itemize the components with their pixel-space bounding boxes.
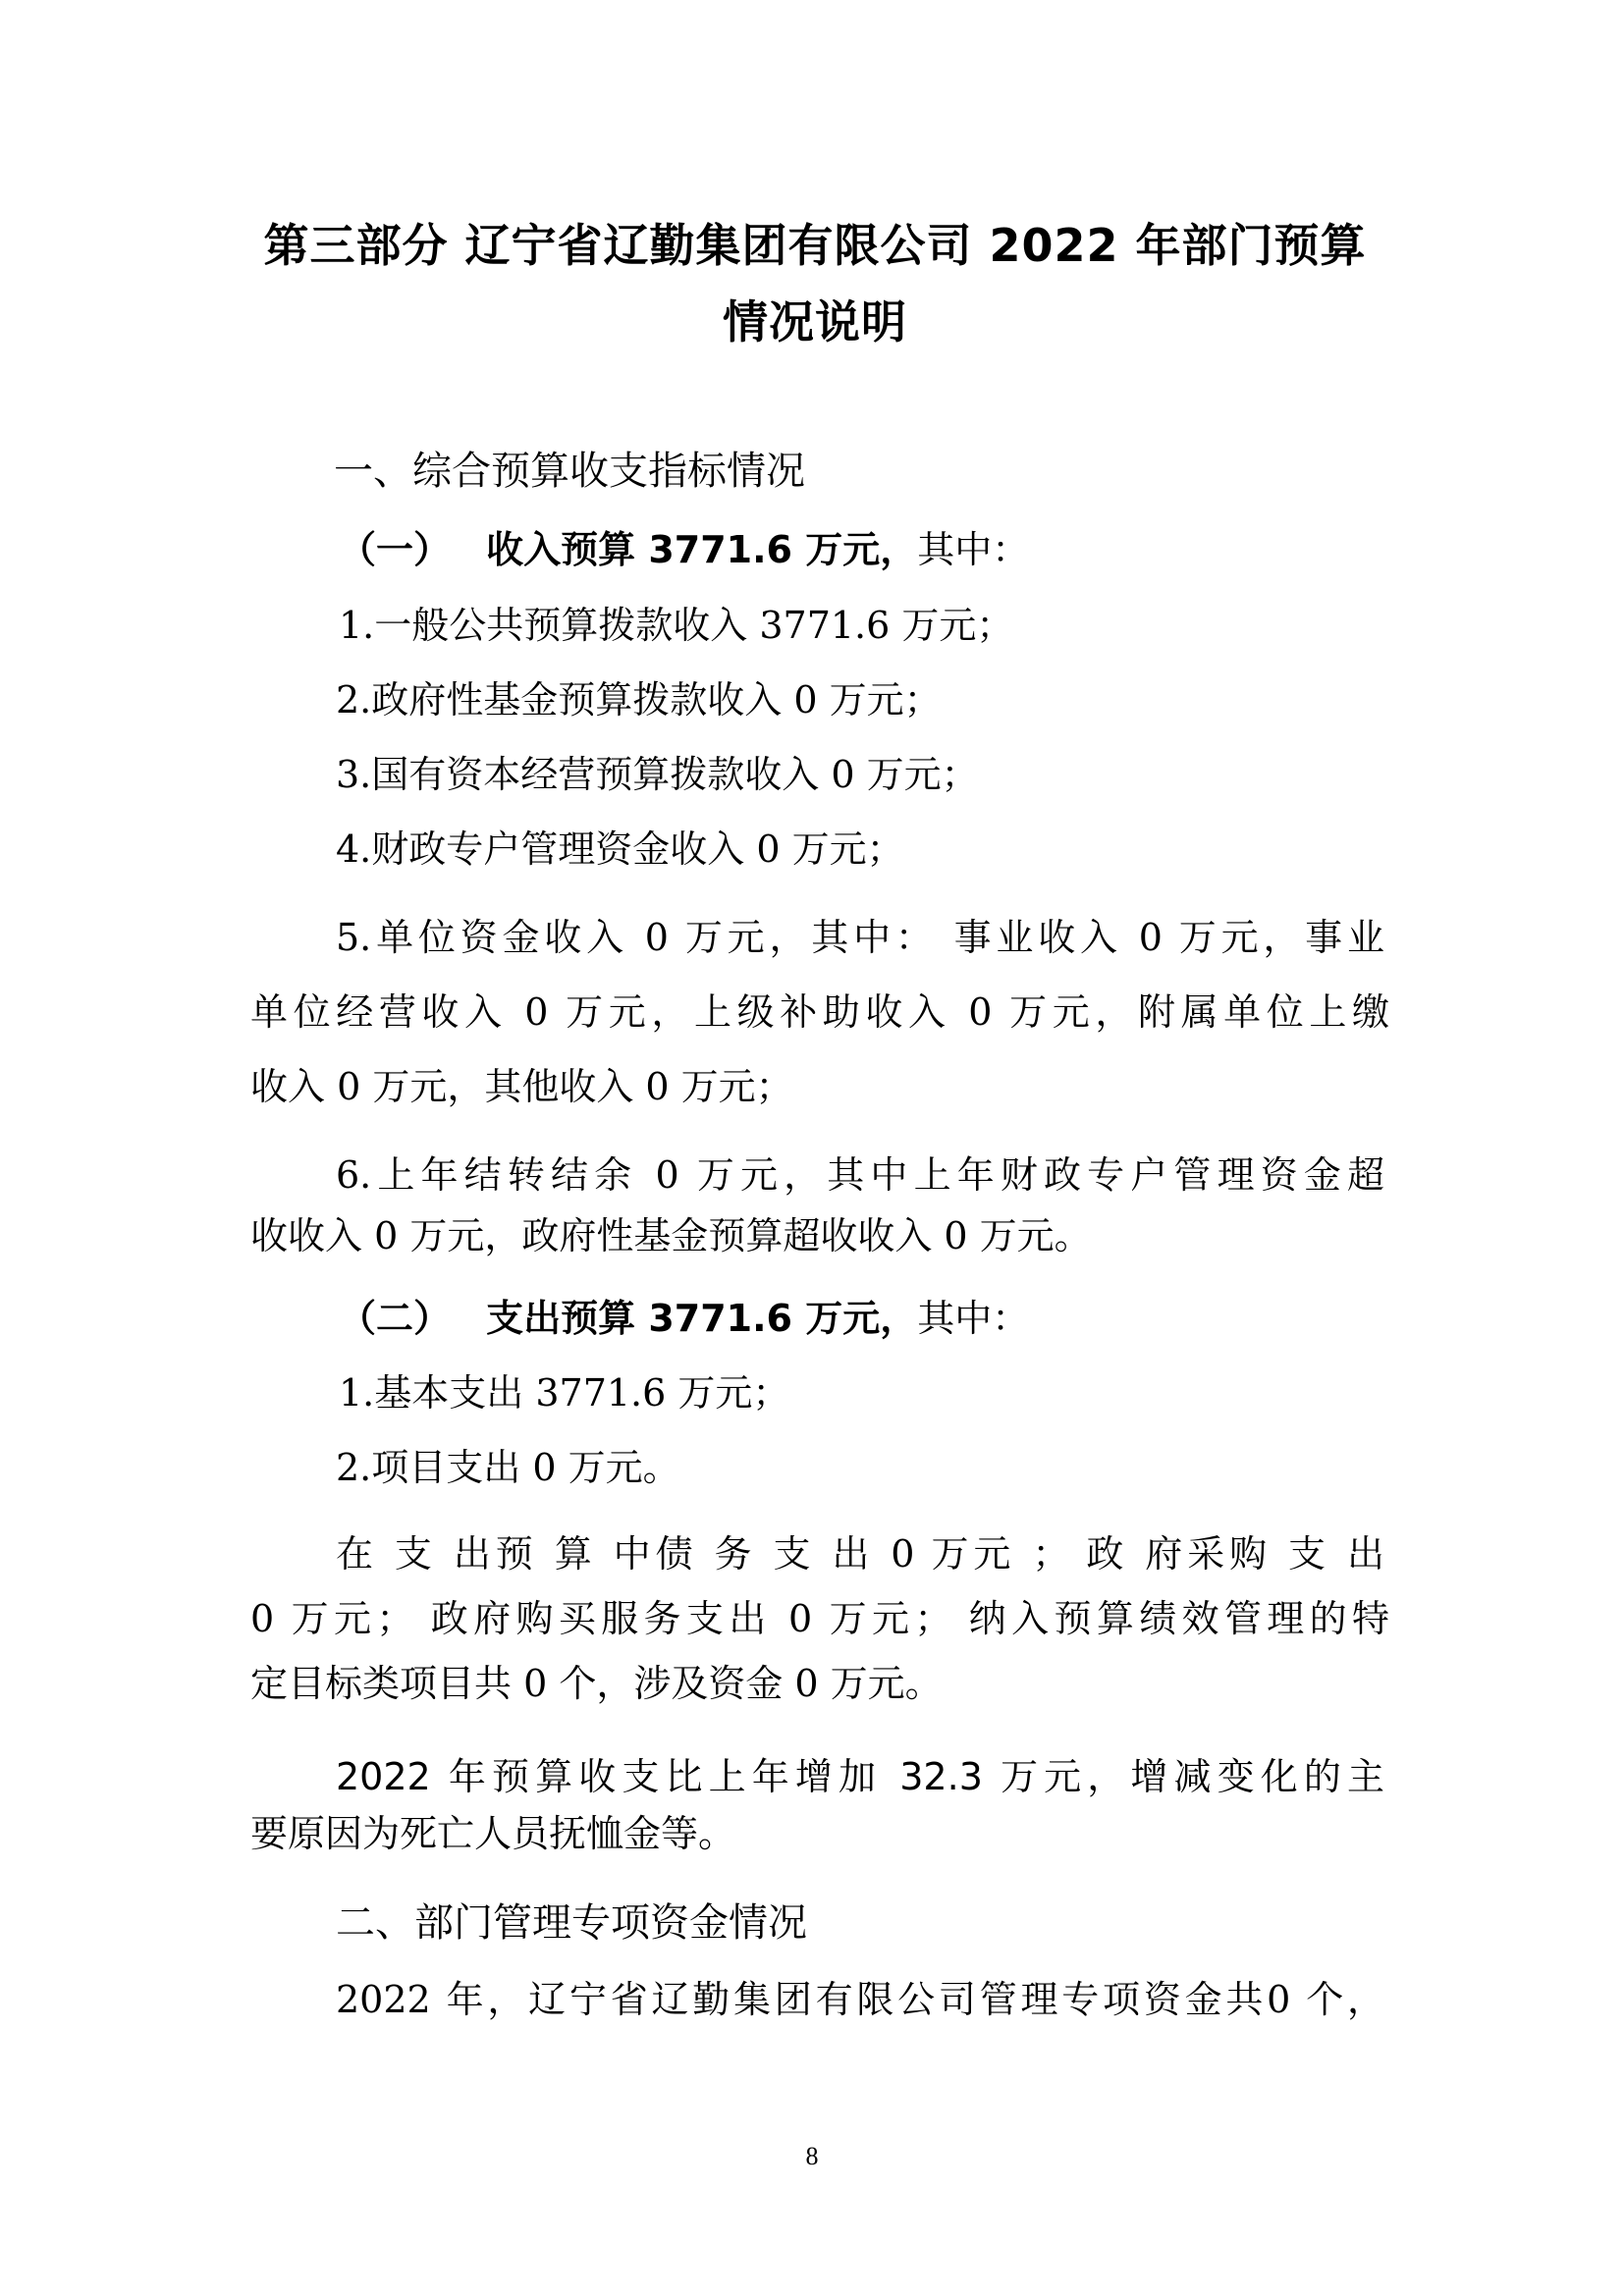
income-item-5-line-3: 收入 0 万元，其他收入 0 万元； [250, 1062, 1389, 1111]
budget-change-line-1: 2022 年预算收支比上年增加 32.3 万元，增减变化的主 [336, 1752, 1384, 1801]
income-item-5-line-1: 5.单位资金收入 0 万元，其中： 事业收入 0 万元，事业 [336, 913, 1384, 962]
income-item-2: 2.政府性基金预算拨款收入 0 万元； [336, 675, 1475, 724]
expense-budget-suffix: 其中： [917, 1297, 1029, 1340]
section-2-body-line: 2022 年，辽宁省辽勤集团有限公司管理专项资金共0 个， [336, 1975, 1384, 2024]
budget-change-line-2: 要原因为死亡人员抚恤金等。 [250, 1809, 1389, 1858]
income-item-6-line-2: 收收入 0 万元，政府性基金预算超收收入 0 万元。 [250, 1211, 1389, 1260]
income-item-1: 1.一般公共预算拨款收入 3771.6 万元； [339, 601, 1478, 650]
income-budget-amount: 收入预算 3771.6 万元， [486, 528, 917, 571]
section-1-heading: 一、综合预算收支指标情况 [334, 447, 1473, 496]
expense-budget-heading: （二） 支出预算 3771.6 万元，其中： [339, 1294, 1478, 1343]
income-budget-heading: （一） 收入预算 3771.6 万元，其中： [339, 525, 1478, 574]
document-title-line-1: 第三部分 辽宁省辽勤集团有限公司 2022 年部门预算 [236, 208, 1394, 283]
expense-detail-line-2: 0 万元； 政府购买服务支出 0 万元； 纳入预算绩效管理的特 [250, 1594, 1389, 1643]
expense-budget-amount: 支出预算 3771.6 万元， [486, 1297, 917, 1340]
income-item-3: 3.国有资本经营预算拨款收入 0 万元； [336, 750, 1475, 799]
section-2-heading: 二、部门管理专项资金情况 [336, 1898, 1475, 1948]
income-item-5-line-2: 单位经营收入 0 万元，上级补助收入 0 万元，附属单位上缴 [250, 988, 1389, 1037]
expense-detail-line-1: 在 支 出预 算 中债 务 支 出 0 万元 ； 政 府采购 支 出 [336, 1529, 1384, 1578]
income-item-6-line-1: 6.上年结转结余 0 万元，其中上年财政专户管理资金超 [336, 1150, 1384, 1200]
document-page: 第三部分 辽宁省辽勤集团有限公司 2022 年部门预算 情况说明 一、综合预算收… [0, 0, 1624, 2296]
expense-budget-prefix: （二） [339, 1297, 451, 1340]
expense-detail-line-3: 定目标类项目共 0 个，涉及资金 0 万元。 [250, 1659, 1389, 1708]
expense-item-2: 2.项目支出 0 万元。 [336, 1443, 1475, 1492]
income-budget-suffix: 其中： [917, 528, 1029, 571]
income-item-4: 4.财政专户管理资金收入 0 万元； [336, 825, 1475, 874]
income-budget-prefix: （一） [339, 528, 451, 571]
expense-item-1: 1.基本支出 3771.6 万元； [339, 1368, 1478, 1417]
page-number: 8 [0, 2142, 1624, 2171]
document-title-line-2: 情况说明 [236, 285, 1394, 359]
